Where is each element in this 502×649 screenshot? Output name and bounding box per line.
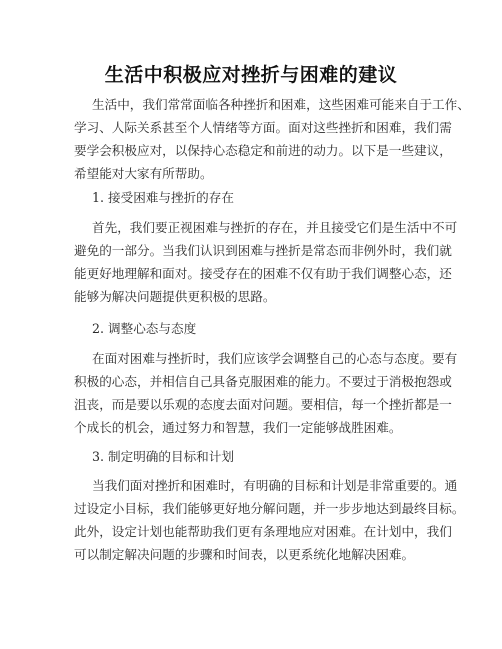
paragraph-line: 过设定小目标，我们能够更好地分解问题，并一步步地达到最终目标。 xyxy=(74,497,434,520)
intro-paragraph: 生活中，我们常常面临各种挫折和困难，这些困难可能来自于工作、 学习、人际关系甚至… xyxy=(74,93,434,185)
paragraph-line: 学习、人际关系甚至个人情绪等方面。面对这些挫折和困难，我们需 xyxy=(74,116,434,139)
paragraph-line: 个成长的机会，通过努力和智慧，我们一定能够战胜困难。 xyxy=(74,416,434,439)
section-1-paragraph: 首先，我们要正视困难与挫折的存在，并且接受它们是生活中不可 避免的一部分。当我们… xyxy=(74,216,434,308)
section-heading-3: 3. 制定明确的目标和计划 xyxy=(92,447,234,467)
paragraph-line: 此外，设定计划也能帮助我们更有条理地应对困难。在计划中，我们 xyxy=(74,520,434,543)
document-title: 生活中积极应对挫折与困难的建议 xyxy=(0,60,502,87)
paragraph-line: 当我们面对挫折和困难时，有明确的目标和计划是非常重要的。通 xyxy=(74,474,434,497)
paragraph-line: 沮丧，而是要以乐观的态度去面对问题。要相信，每一个挫折都是一 xyxy=(74,393,434,416)
paragraph-line: 希望能对大家有所帮助。 xyxy=(74,162,434,185)
paragraph-line: 能更好地理解和面对。接受存在的困难不仅有助于我们调整心态，还 xyxy=(74,262,434,285)
paragraph-line: 能够为解决问题提供更积极的思路。 xyxy=(74,285,434,308)
paragraph-line: 在面对困难与挫折时，我们应该学会调整自己的心态与态度。要有 xyxy=(74,347,434,370)
paragraph-line: 要学会积极应对，以保持心态稳定和前进的动力。以下是一些建议， xyxy=(74,139,434,162)
paragraph-line: 生活中，我们常常面临各种挫折和困难，这些困难可能来自于工作、 xyxy=(74,93,434,116)
section-2-paragraph: 在面对困难与挫折时，我们应该学会调整自己的心态与态度。要有 积极的心态，并相信自… xyxy=(74,347,434,439)
section-heading-2: 2. 调整心态与态度 xyxy=(92,319,196,339)
paragraph-line: 可以制定解决问题的步骤和时间表，以更系统化地解决困难。 xyxy=(74,543,434,566)
section-heading-1: 1. 接受困难与挫折的存在 xyxy=(92,188,234,208)
paragraph-line: 积极的心态，并相信自己具备克服困难的能力。不要过于消极抱怨或 xyxy=(74,370,434,393)
document-page: 生活中积极应对挫折与困难的建议 生活中，我们常常面临各种挫折和困难，这些困难可能… xyxy=(0,0,502,649)
paragraph-line: 避免的一部分。当我们认识到困难与挫折是常态而非例外时，我们就 xyxy=(74,239,434,262)
section-3-paragraph: 当我们面对挫折和困难时，有明确的目标和计划是非常重要的。通 过设定小目标，我们能… xyxy=(74,474,434,566)
paragraph-line: 首先，我们要正视困难与挫折的存在，并且接受它们是生活中不可 xyxy=(74,216,434,239)
